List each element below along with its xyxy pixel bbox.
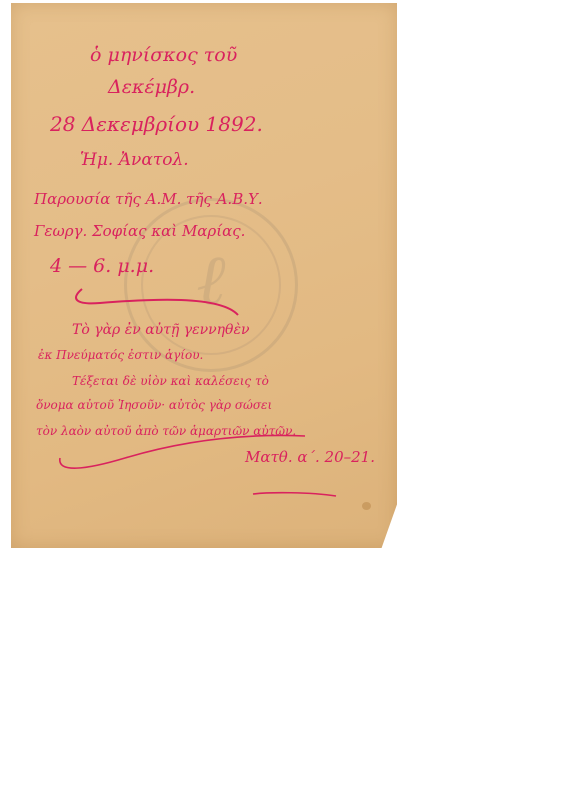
presence-line-2: Γεωργ. Σοφίας καὶ Μαρίας. (34, 222, 245, 240)
greeting-line-1: ὁ μηνίσκος τοῦ (90, 44, 237, 66)
quote-line-3: Τέξεται δὲ υἱὸν καὶ καλέσεις τὸ (72, 374, 269, 388)
quote-line-1: Τὸ γὰρ ἐν αὐτῇ γεννηθὲν (72, 322, 249, 338)
paper-stain (362, 502, 371, 510)
time-line: 4 — 6. μ.μ. (50, 255, 154, 277)
presence-line-1: Παρουσία τῆς Α.Μ. τῆς Α.Β.Υ. (34, 190, 263, 208)
scripture-reference: Ματθ. α΄. 20–21. (245, 448, 375, 466)
date-line: 28 Δεκεμβρίου 1892. (50, 112, 263, 136)
day-line: Ἡμ. Ἀνατολ. (80, 150, 189, 170)
quote-line-4: ὄνομα αὐτοῦ Ἰησοῦν· αὐτὸς γὰρ σώσει (36, 398, 272, 412)
greeting-line-2: Δεκέμβρ. (108, 76, 195, 98)
quote-line-2: ἐκ Πνεύματός ἐστιν ἁγίου. (38, 348, 203, 362)
closing-flourish (250, 488, 340, 504)
flourish-divider (70, 285, 250, 321)
